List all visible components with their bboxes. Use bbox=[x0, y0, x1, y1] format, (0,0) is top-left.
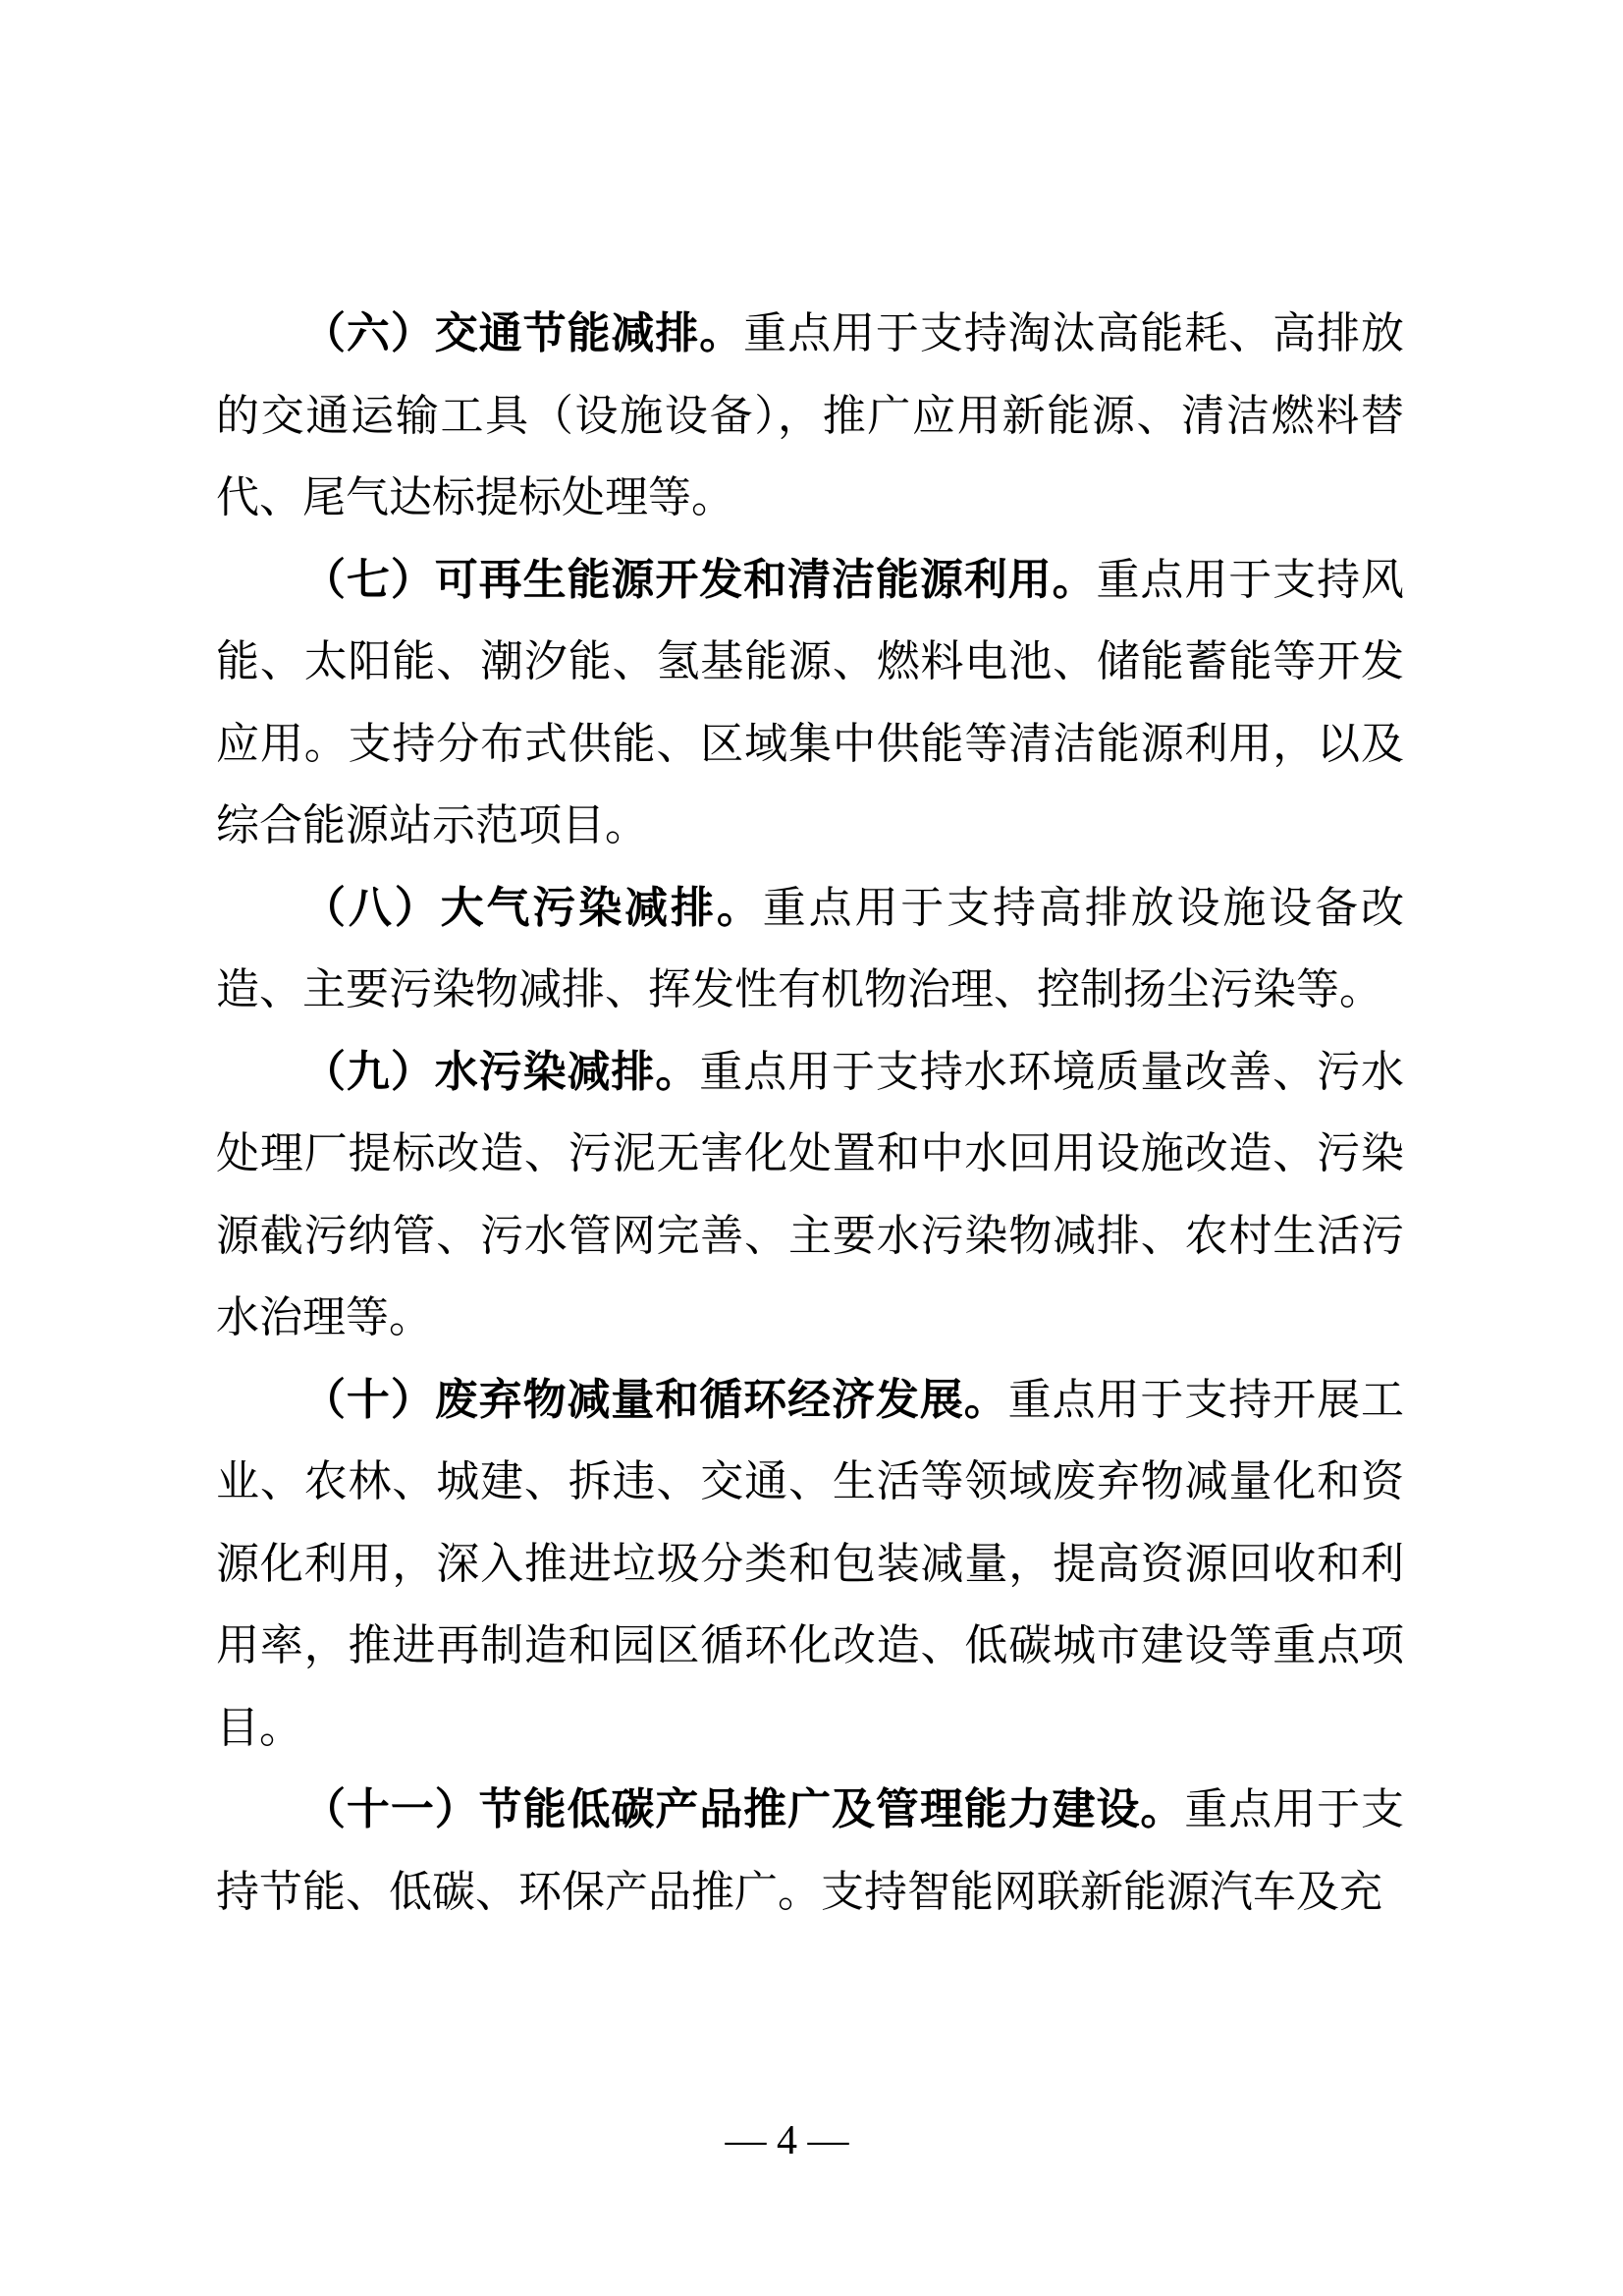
paragraph-clause-6: （六）交通节能减排。重点用于支持淘汰高能耗、高排放的交通运输工具（设施设备），推… bbox=[216, 293, 1404, 539]
body-text: （六）交通节能减排。重点用于支持淘汰高能耗、高排放的交通运输工具（设施设备），推… bbox=[216, 293, 1404, 1933]
paragraph-clause-10: （十）废弃物减量和循环经济发展。重点用于支持开展工业、农林、城建、拆违、交通、生… bbox=[216, 1359, 1404, 1770]
clause-10-body: 重点用于支持开展工业、农林、城建、拆违、交通、生活等领域废弃物减量化和资源化利用… bbox=[216, 1376, 1404, 1752]
paragraph-clause-9: （九）水污染减排。重点用于支持水环境质量改善、污水处理厂提标改造、污泥无害化处置… bbox=[216, 1031, 1404, 1359]
clause-7-heading: （七）可再生能源开发和清洁能源利用。 bbox=[302, 556, 1097, 604]
paragraph-clause-11: （十一）节能低碳产品推广及管理能力建设。重点用于支持节能、低碳、环保产品推广。支… bbox=[216, 1769, 1404, 1933]
document-page: （六）交通节能减排。重点用于支持淘汰高能耗、高排放的交通运输工具（设施设备），推… bbox=[0, 0, 1623, 2296]
clause-8-heading: （八）大气污染减排。 bbox=[302, 884, 763, 932]
clause-9-heading: （九）水污染减排。 bbox=[302, 1048, 699, 1096]
clause-10-heading: （十）废弃物减量和循环经济发展。 bbox=[302, 1376, 1008, 1424]
page-number: — 4 — bbox=[0, 2113, 1574, 2168]
paragraph-clause-8: （八）大气污染减排。重点用于支持高排放设施设备改造、主要污染物减排、挥发性有机物… bbox=[216, 867, 1404, 1031]
paragraph-clause-7: （七）可再生能源开发和清洁能源利用。重点用于支持风能、太阳能、潮汐能、氢基能源、… bbox=[216, 539, 1404, 867]
clause-6-heading: （六）交通节能减排。 bbox=[302, 309, 743, 357]
clause-11-heading: （十一）节能低碳产品推广及管理能力建设。 bbox=[302, 1785, 1184, 1833]
